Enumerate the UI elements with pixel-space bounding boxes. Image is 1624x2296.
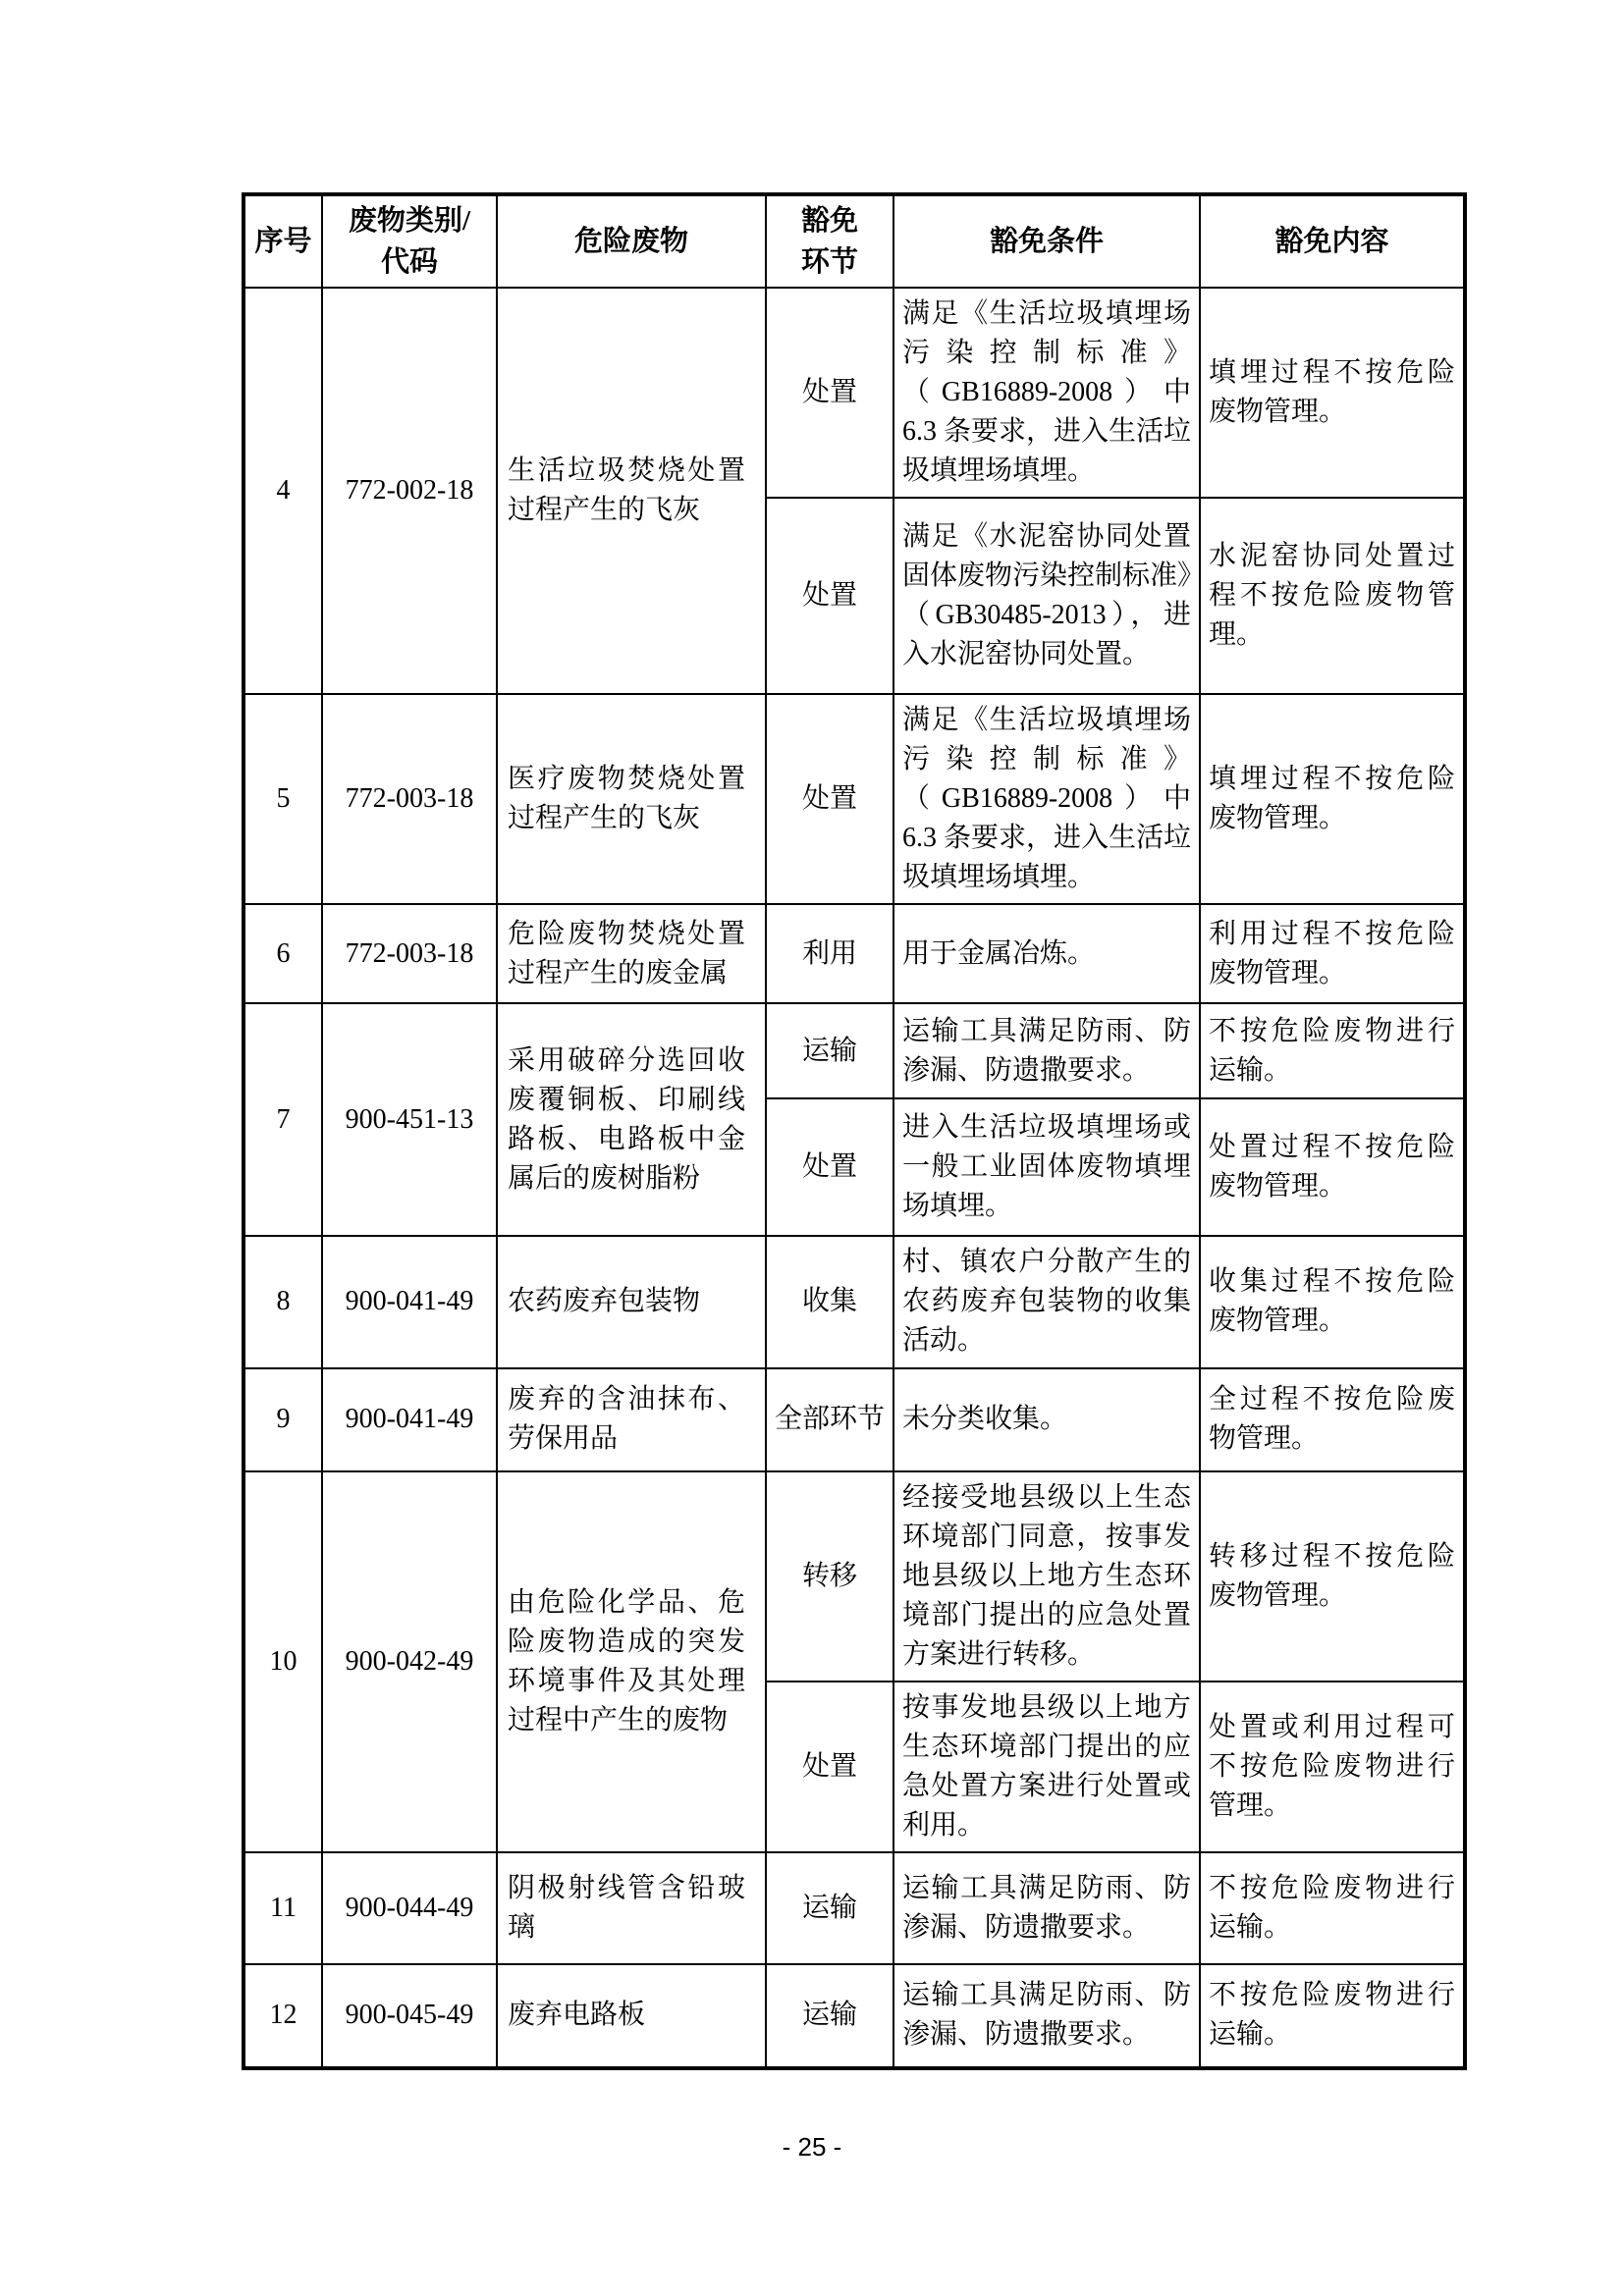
table-row: 11900-044-49阴极射线管含铅玻璃运输运输工具满足防雨、防渗漏、防遗撒要…: [244, 1852, 1465, 1964]
cell-exempt-stage: 处置: [766, 498, 893, 694]
cell-exempt-stage: 运输: [766, 1964, 893, 2068]
cell-waste-code: 900-041-49: [322, 1368, 497, 1471]
cell-exempt-content: 收集过程不按危险废物管理。: [1200, 1236, 1465, 1367]
cell-index: 12: [244, 1964, 322, 2068]
table-row: 5772-003-18医疗废物焚烧处置过程产生的飞灰处置满足《生活垃圾填埋场污染…: [244, 694, 1465, 904]
cell-hazardous-waste: 阴极射线管含铅玻璃: [497, 1852, 766, 1964]
cell-waste-code: 772-002-18: [322, 288, 497, 694]
cell-exempt-condition: 满足《生活垃圾填埋场污染控制标准》（GB16889-2008）中 6.3 条要求…: [893, 694, 1200, 904]
table-row: 7900-451-13采用破碎分选回收废覆铜板、印刷线路板、电路板中金属后的废树…: [244, 1003, 1465, 1098]
table-row: 12900-045-49废弃电路板运输运输工具满足防雨、防渗漏、防遗撒要求。不按…: [244, 1964, 1465, 2068]
cell-exempt-content: 不按危险废物进行运输。: [1200, 1003, 1465, 1098]
cell-exempt-stage: 利用: [766, 904, 893, 1003]
cell-exempt-content: 填埋过程不按危险废物管理。: [1200, 288, 1465, 498]
cell-exempt-content: 转移过程不按危险废物管理。: [1200, 1471, 1465, 1682]
cell-index: 7: [244, 1003, 322, 1236]
table-row: 9900-041-49废弃的含油抹布、劳保用品全部环节未分类收集。全过程不按危险…: [244, 1368, 1465, 1471]
cell-exempt-content: 不按危险废物进行运输。: [1200, 1964, 1465, 2068]
cell-exempt-content: 利用过程不按危险废物管理。: [1200, 904, 1465, 1003]
cell-hazardous-waste: 生活垃圾焚烧处置过程产生的飞灰: [497, 288, 766, 694]
cell-exempt-stage: 收集: [766, 1236, 893, 1367]
cell-index: 9: [244, 1368, 322, 1471]
column-header-0: 序号: [244, 194, 322, 288]
cell-exempt-condition: 运输工具满足防雨、防渗漏、防遗撒要求。: [893, 1964, 1200, 2068]
cell-hazardous-waste: 废弃电路板: [497, 1964, 766, 2068]
cell-exempt-stage: 全部环节: [766, 1368, 893, 1471]
cell-exempt-condition: 运输工具满足防雨、防渗漏、防遗撒要求。: [893, 1852, 1200, 1964]
column-header-5: 豁免内容: [1200, 194, 1465, 288]
cell-exempt-condition: 进入生活垃圾填埋场或一般工业固体废物填埋场填埋。: [893, 1098, 1200, 1236]
cell-exempt-stage: 处置: [766, 288, 893, 498]
column-header-3: 豁免 环节: [766, 194, 893, 288]
cell-waste-code: 772-003-18: [322, 694, 497, 904]
cell-exempt-content: 不按危险废物进行运输。: [1200, 1852, 1465, 1964]
cell-hazardous-waste: 医疗废物焚烧处置过程产生的飞灰: [497, 694, 766, 904]
table-header-row: 序号废物类别/ 代码危险废物豁免 环节豁免条件豁免内容: [244, 194, 1465, 288]
cell-exempt-condition: 满足《水泥窑协同处置固体废物污染控制标准》（GB30485-2013），进入水泥…: [893, 498, 1200, 694]
cell-index: 10: [244, 1471, 322, 1852]
cell-exempt-condition: 村、镇农户分散产生的农药废弃包装物的收集活动。: [893, 1236, 1200, 1367]
cell-exempt-condition: 未分类收集。: [893, 1368, 1200, 1471]
document-page: 序号废物类别/ 代码危险废物豁免 环节豁免条件豁免内容 4772-002-18生…: [0, 0, 1624, 2296]
cell-hazardous-waste: 采用破碎分选回收废覆铜板、印刷线路板、电路板中金属后的废树脂粉: [497, 1003, 766, 1236]
cell-exempt-stage: 运输: [766, 1003, 893, 1098]
cell-exempt-stage: 运输: [766, 1852, 893, 1964]
cell-index: 11: [244, 1852, 322, 1964]
cell-hazardous-waste: 由危险化学品、危险废物造成的突发环境事件及其处理过程中产生的废物: [497, 1471, 766, 1852]
cell-waste-code: 900-451-13: [322, 1003, 497, 1236]
cell-exempt-condition: 运输工具满足防雨、防渗漏、防遗撒要求。: [893, 1003, 1200, 1098]
column-header-1: 废物类别/ 代码: [322, 194, 497, 288]
cell-exempt-stage: 处置: [766, 1682, 893, 1852]
cell-waste-code: 900-042-49: [322, 1471, 497, 1852]
cell-exempt-content: 全过程不按危险废物管理。: [1200, 1368, 1465, 1471]
cell-exempt-content: 填埋过程不按危险废物管理。: [1200, 694, 1465, 904]
exemption-table: 序号废物类别/ 代码危险废物豁免 环节豁免条件豁免内容 4772-002-18生…: [242, 192, 1467, 2070]
cell-hazardous-waste: 危险废物焚烧处置过程产生的废金属: [497, 904, 766, 1003]
cell-exempt-stage: 处置: [766, 694, 893, 904]
cell-index: 5: [244, 694, 322, 904]
cell-waste-code: 772-003-18: [322, 904, 497, 1003]
table-row: 10900-042-49由危险化学品、危险废物造成的突发环境事件及其处理过程中产…: [244, 1471, 1465, 1682]
cell-index: 8: [244, 1236, 322, 1367]
page-number: - 25 -: [0, 2132, 1624, 2163]
table-body: 4772-002-18生活垃圾焚烧处置过程产生的飞灰处置满足《生活垃圾填埋场污染…: [244, 288, 1465, 2068]
cell-index: 4: [244, 288, 322, 694]
cell-hazardous-waste: 农药废弃包装物: [497, 1236, 766, 1367]
cell-waste-code: 900-041-49: [322, 1236, 497, 1367]
column-header-2: 危险废物: [497, 194, 766, 288]
cell-exempt-content: 处置过程不按危险废物管理。: [1200, 1098, 1465, 1236]
cell-exempt-condition: 满足《生活垃圾填埋场污染控制标准》（GB16889-2008）中 6.3 条要求…: [893, 288, 1200, 498]
cell-exempt-content: 水泥窑协同处置过程不按危险废物管理。: [1200, 498, 1465, 694]
cell-exempt-content: 处置或利用过程可不按危险废物进行管理。: [1200, 1682, 1465, 1852]
cell-hazardous-waste: 废弃的含油抹布、劳保用品: [497, 1368, 766, 1471]
cell-exempt-condition: 经接受地县级以上生态环境部门同意，按事发地县级以上地方生态环境部门提出的应急处置…: [893, 1471, 1200, 1682]
cell-waste-code: 900-045-49: [322, 1964, 497, 2068]
cell-exempt-stage: 转移: [766, 1471, 893, 1682]
table-row: 6772-003-18危险废物焚烧处置过程产生的废金属利用用于金属冶炼。利用过程…: [244, 904, 1465, 1003]
table-row: 4772-002-18生活垃圾焚烧处置过程产生的飞灰处置满足《生活垃圾填埋场污染…: [244, 288, 1465, 498]
cell-exempt-condition: 用于金属冶炼。: [893, 904, 1200, 1003]
column-header-4: 豁免条件: [893, 194, 1200, 288]
cell-index: 6: [244, 904, 322, 1003]
cell-exempt-condition: 按事发地县级以上地方生态环境部门提出的应急处置方案进行处置或利用。: [893, 1682, 1200, 1852]
table-row: 8900-041-49农药废弃包装物收集村、镇农户分散产生的农药废弃包装物的收集…: [244, 1236, 1465, 1367]
cell-waste-code: 900-044-49: [322, 1852, 497, 1964]
cell-exempt-stage: 处置: [766, 1098, 893, 1236]
